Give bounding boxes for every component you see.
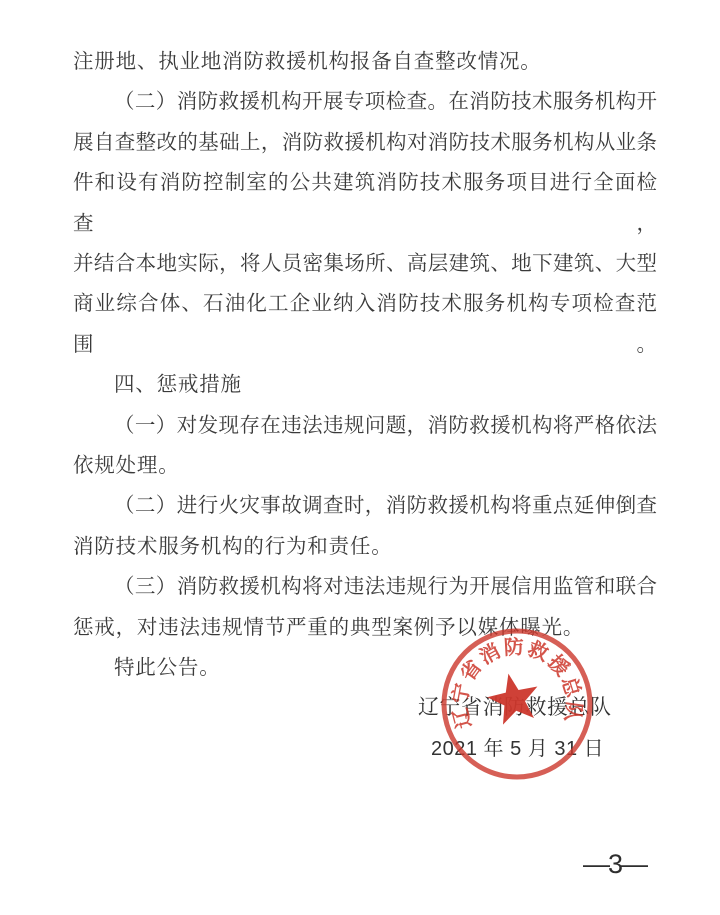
document-body: 注册地、执业地消防救援机构报备自查整改情况。 （二）消防救援机构开展专项检查。在…	[73, 42, 657, 689]
body-line: 注册地、执业地消防救援机构报备自查整改情况。	[73, 42, 657, 82]
body-line: 商业综合体、石油化工企业纳入消防技术服务机构专项检查范围。	[73, 284, 657, 365]
star-icon	[483, 668, 543, 726]
official-seal: 辽宁省消防救援总队	[427, 614, 607, 794]
body-line: （一）对发现存在违法违规问题，消防救援机构将严格依法	[73, 406, 657, 446]
page-number: —3—	[583, 849, 646, 880]
body-line: 消防技术服务机构的行为和责任。	[73, 527, 657, 567]
body-line section-heading: 四、惩戒措施	[73, 365, 657, 405]
body-line: 依规处理。	[73, 446, 657, 486]
body-line: （三）消防救援机构将对违法违规行为开展信用监管和联合	[73, 567, 657, 607]
body-line: （二）消防救援机构开展专项检查。在消防技术服务机构开	[73, 82, 657, 122]
document-page: 注册地、执业地消防救援机构报备自查整改情况。 （二）消防救援机构开展专项检查。在…	[0, 0, 720, 915]
body-line: 并结合本地实际，将人员密集场所、高层建筑、地下建筑、大型	[73, 244, 657, 284]
body-line: （二）进行火灾事故调查时，消防救援机构将重点延伸倒查	[73, 486, 657, 526]
body-line: 展自查整改的基础上，消防救援机构对消防技术服务机构从业条	[73, 123, 657, 163]
body-line: 件和设有消防控制室的公共建筑消防技术服务项目进行全面检查，	[73, 163, 657, 244]
